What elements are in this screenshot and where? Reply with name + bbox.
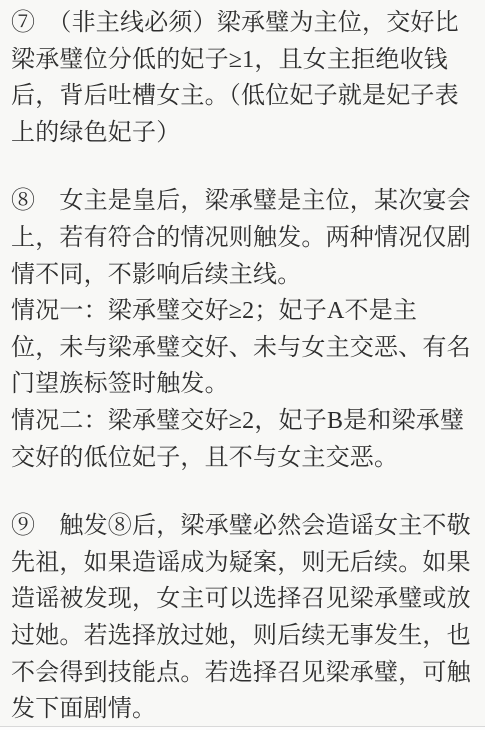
text-line: 情不同，不影响后续主线。 bbox=[11, 257, 479, 294]
text-line: ⑧ 女主是皇后，梁承璧是主位，某次宴会 bbox=[11, 183, 479, 220]
text-line: 上，若有符合的情况则触发。两种情况仅剧 bbox=[11, 220, 479, 257]
text-line: 先祖，如果造谣成为疑案，则无后续。如果 bbox=[11, 545, 479, 582]
text-line: 门望族标签时触发。 bbox=[11, 366, 479, 403]
text-line: 过她。若选择放过她，则后续无事发生，也 bbox=[11, 618, 479, 655]
text-line: 后，背后吐槽女主。（低位妃子就是妃子表 bbox=[11, 78, 479, 115]
document-text-content: ⑦ （非主线必须）梁承璧为主位，交好比 梁承璧位分低的妃子≥1，且女主拒绝收钱 … bbox=[0, 0, 485, 728]
document-page: ⑦ （非主线必须）梁承璧为主位，交好比 梁承璧位分低的妃子≥1，且女主拒绝收钱 … bbox=[0, 0, 485, 730]
text-line: 交好的低位妃子，且不与女主交恶。 bbox=[11, 440, 479, 477]
text-line: 情况二：梁承璧交好≥2，妃子B是和梁承璧 bbox=[11, 403, 479, 440]
paragraph-note-7: ⑦ （非主线必须）梁承璧为主位，交好比 梁承璧位分低的妃子≥1，且女主拒绝收钱 … bbox=[11, 5, 479, 151]
text-line: 不会得到技能点。若选择召见梁承璧，可触 bbox=[11, 655, 479, 692]
text-line: 梁承璧位分低的妃子≥1，且女主拒绝收钱 bbox=[11, 42, 479, 79]
text-line: 造谣被发现，女主可以选择召见梁承璧或放 bbox=[11, 581, 479, 618]
text-line: ⑨ 触发⑧后，梁承璧必然会造谣女主不敬 bbox=[11, 508, 479, 545]
paragraph-note-9: ⑨ 触发⑧后，梁承璧必然会造谣女主不敬 先祖，如果造谣成为疑案，则无后续。如果 … bbox=[11, 508, 479, 728]
text-line: 发下面剧情。 bbox=[11, 691, 479, 728]
text-line: 上的绿色妃子） bbox=[11, 115, 479, 152]
paragraph-note-8: ⑧ 女主是皇后，梁承璧是主位，某次宴会 上，若有符合的情况则触发。两种情况仅剧 … bbox=[11, 183, 479, 476]
text-line: ⑦ （非主线必须）梁承璧为主位，交好比 bbox=[11, 5, 479, 42]
text-line: 情况一：梁承璧交好≥2；妃子A不是主 bbox=[11, 293, 479, 330]
text-line: 位，未与梁承璧交好、未与女主交恶、有名 bbox=[11, 330, 479, 367]
